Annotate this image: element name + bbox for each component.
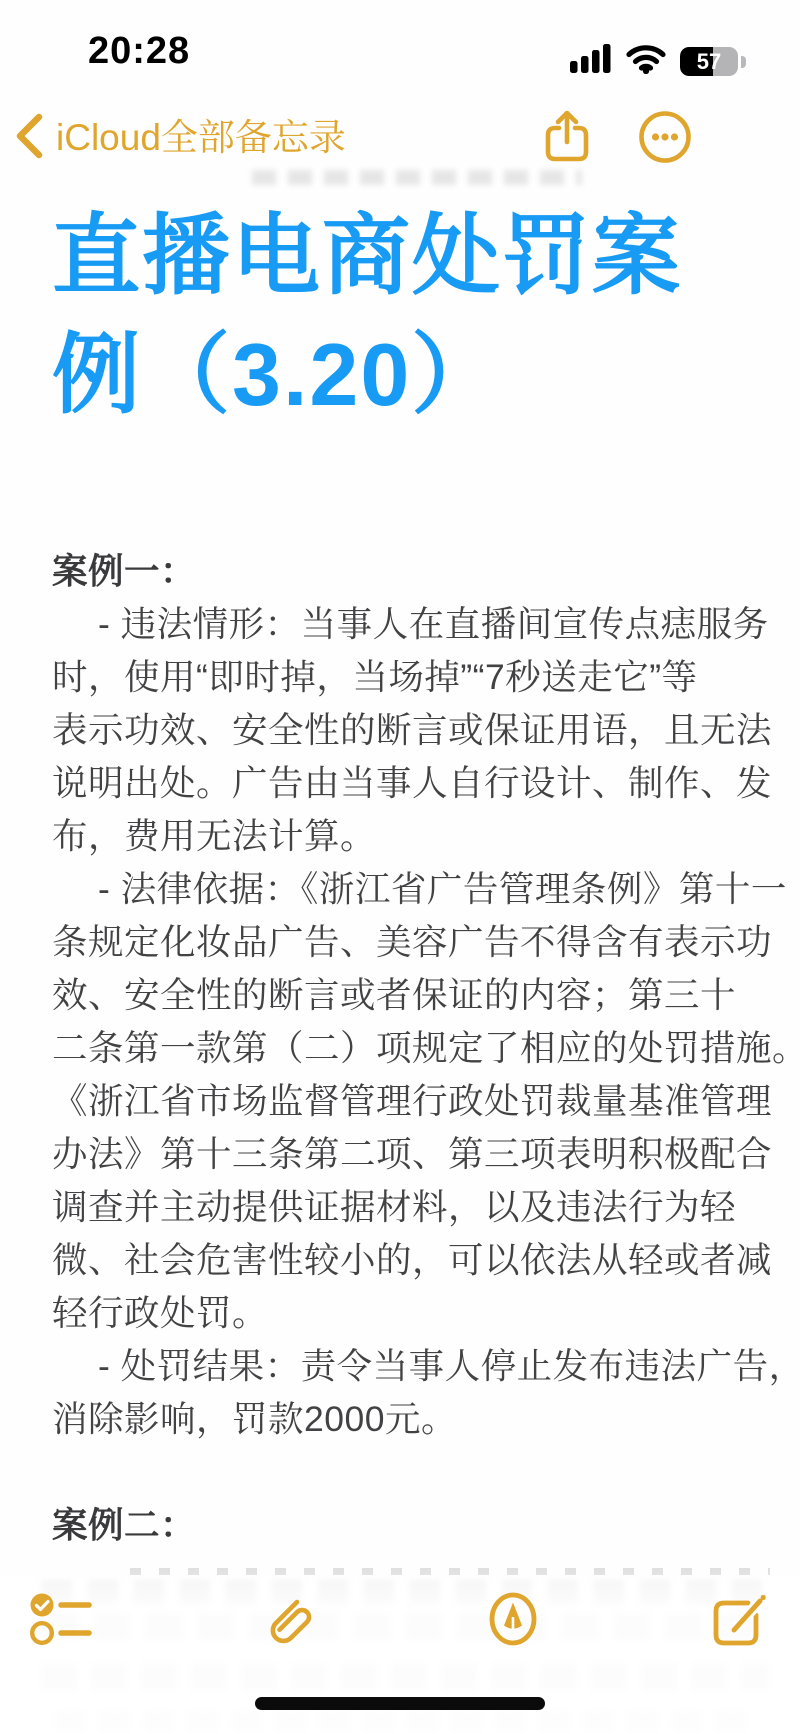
note-text-line [52, 1446, 768, 1499]
note-title-line: 例（3.20） [52, 315, 762, 434]
note-text-line: 轻行政处罚。 [52, 1287, 768, 1340]
section-heading: 案例二： [52, 1499, 768, 1552]
note-title: 直播电商处罚案 例（3.20） [52, 196, 762, 434]
cellular-signal-icon [570, 44, 612, 79]
back-button-label: iCloud全部备忘录 [56, 108, 346, 168]
clock: 20:28 [88, 30, 190, 73]
note-text-line: - 法律依据：《浙江省广告管理条例》第十一 [52, 863, 768, 916]
more-options-button[interactable] [636, 110, 694, 168]
note-text-line: 调查并主动提供证据材料，以及违法行为轻 [52, 1181, 768, 1234]
note-body[interactable]: 案例一：- 违法情形：当事人在直播间宣传点痣服务时，使用“即时掉，当场掉”“7秒… [52, 545, 768, 1605]
note-text-line: 效、安全性的断言或者保证的内容；第三十 [52, 969, 768, 1022]
note-text-line: 微、社会危害性较小的，可以依法从轻或者减 [52, 1234, 768, 1287]
status-bar: 20:28 57 [0, 0, 800, 100]
wifi-icon [626, 44, 666, 79]
checklist-button[interactable] [24, 1588, 100, 1654]
markup-pen-icon [485, 1590, 541, 1653]
note-text-line: 《浙江省市场监督管理行政处罚裁量基准管理 [52, 1075, 768, 1128]
notes-app-screen: 20:28 57 [0, 0, 800, 1734]
markup-button[interactable] [475, 1588, 551, 1654]
battery-cap [741, 56, 746, 68]
note-text-line: 布，费用无法计算。 [52, 810, 768, 863]
status-icons: 57 [570, 44, 746, 79]
checklist-icon [29, 1592, 95, 1651]
navigation-bar: iCloud全部备忘录 [0, 108, 800, 172]
attachment-button[interactable] [251, 1588, 327, 1654]
section-heading: 案例一： [52, 545, 768, 598]
back-button[interactable]: iCloud全部备忘录 [14, 108, 346, 168]
compose-button[interactable] [701, 1588, 777, 1654]
share-button[interactable] [538, 110, 596, 168]
note-text-line: 说明出处。广告由当事人自行设计、制作、发 [52, 757, 768, 810]
note-text-line: 办法》第十三条第二项、第三项表明积极配合 [52, 1128, 768, 1181]
battery-percent: 57 [680, 47, 738, 76]
note-title-line: 直播电商处罚案 [52, 196, 762, 315]
bottom-toolbar [0, 1588, 800, 1654]
note-text-line: 二条第一款第（二）项规定了相应的处罚措施。 [52, 1022, 768, 1075]
paperclip-icon [261, 1590, 317, 1653]
compose-icon [710, 1590, 768, 1653]
note-text-line: - 违法情形：当事人在直播间宣传点痣服务 [52, 598, 768, 651]
scrolled-text-ghost [252, 170, 582, 185]
share-up-arrow-icon [542, 108, 592, 171]
note-text-line: 表示功效、安全性的断言或保证用语，且无法 [52, 704, 768, 757]
chevron-left-icon [14, 112, 44, 165]
home-indicator[interactable] [255, 1697, 545, 1710]
note-text-line: 时，使用“即时掉，当场掉”“7秒送走它”等 [52, 651, 768, 704]
note-text-line: 消除影响，罚款2000元。 [52, 1393, 768, 1446]
battery-icon: 57 [680, 47, 738, 76]
note-text-line: - 处罚结果：责令当事人停止发布违法广告， [52, 1340, 768, 1393]
note-text-line: 条规定化妆品广告、美容广告不得含有表示功 [52, 916, 768, 969]
ellipsis-circle-icon [638, 110, 692, 169]
